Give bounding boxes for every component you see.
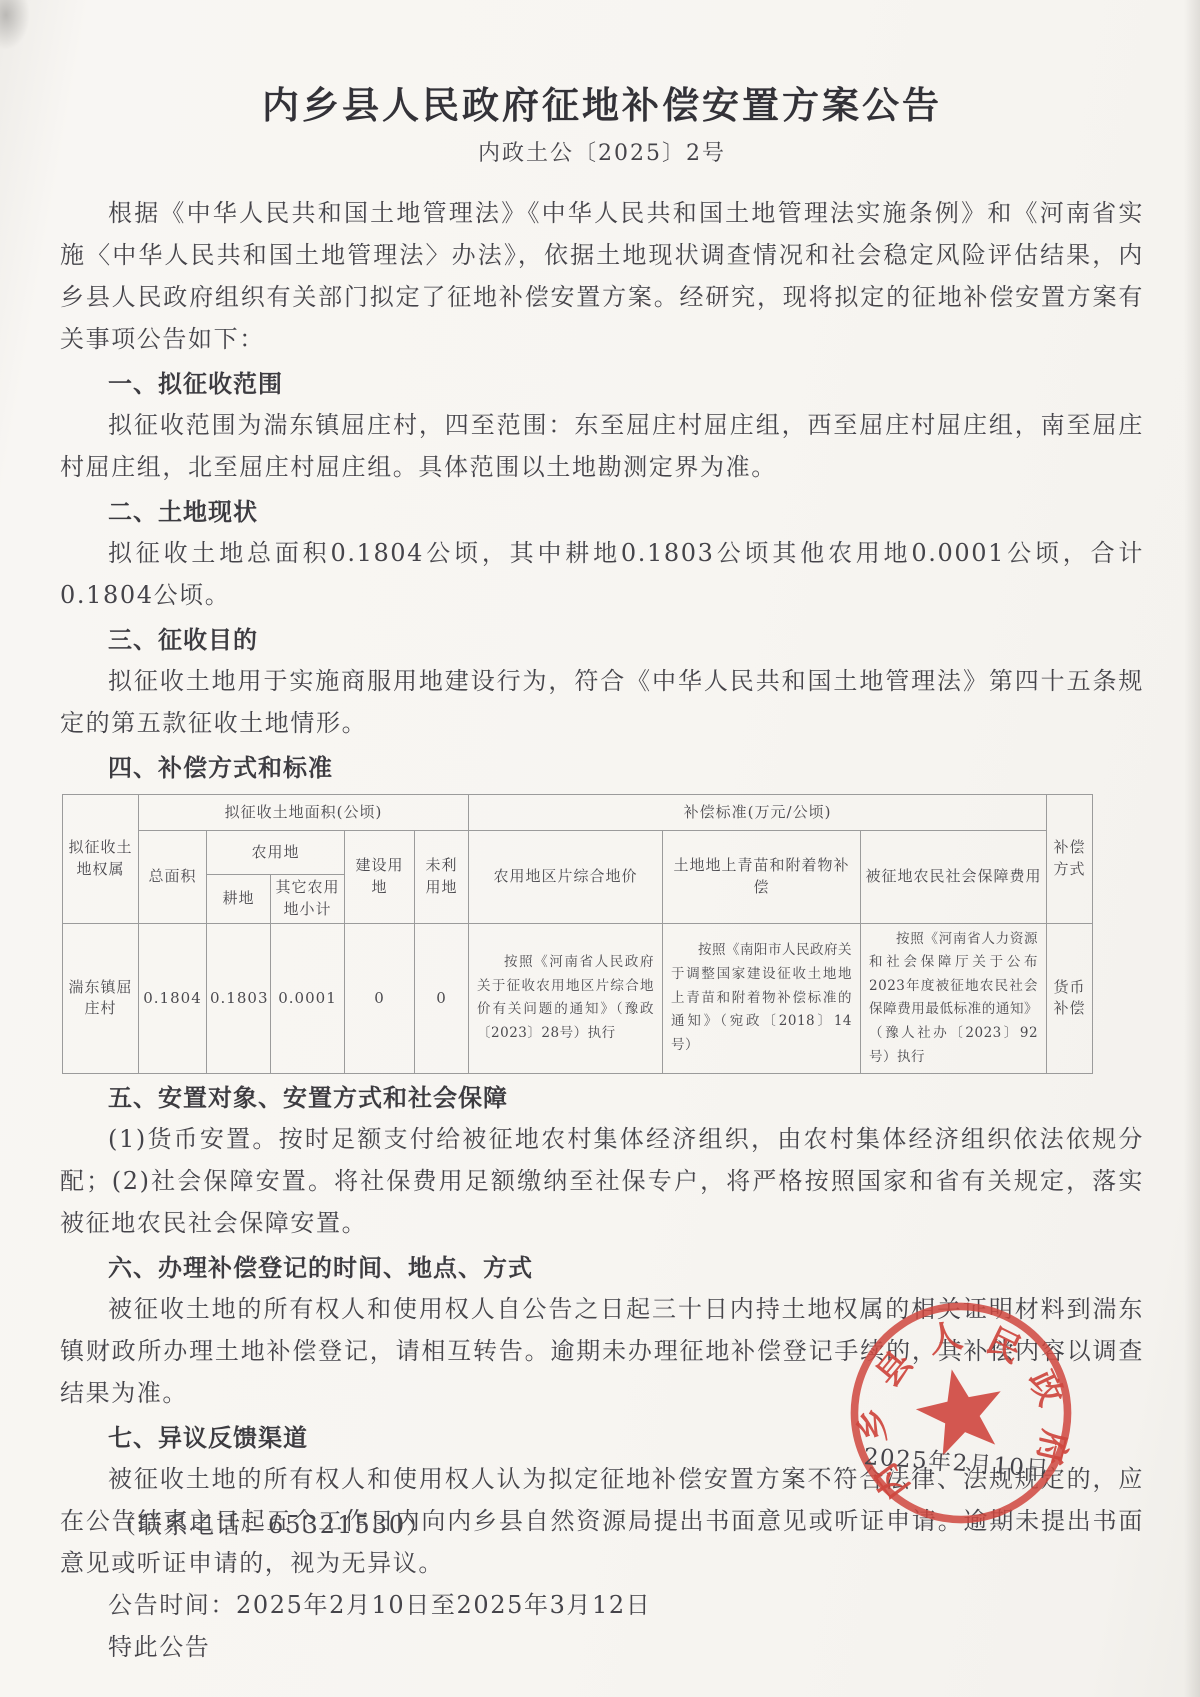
col-header-unused: 未利用地 (415, 831, 469, 924)
cell-price-standard: 按照《河南省人民政府关于征收农用地区片综合地价有关问题的通知》（豫政〔2023〕… (469, 923, 663, 1074)
col-header-method: 补偿方式 (1047, 795, 1093, 924)
section-6-body: 被征收土地的所有权人和使用权人自公告之日起三十日内持土地权属的相关证明材料到湍东… (60, 1288, 1144, 1414)
cell-cultivated: 0.1803 (207, 923, 271, 1074)
col-header-green: 土地地上青苗和附着物补偿 (663, 831, 861, 924)
page-title: 内乡县人民政府征地补偿安置方案公告 (60, 82, 1144, 128)
cell-construction: 0 (345, 923, 415, 1074)
cell-other-agri: 0.0001 (271, 923, 345, 1074)
section-6-heading: 六、办理补偿登记的时间、地点、方式 (60, 1252, 1144, 1284)
section-1-body: 拟征收范围为湍东镇屈庄村，四至范围：东至屈庄村屈庄组，西至屈庄村屈庄组，南至屈庄… (60, 404, 1144, 488)
compensation-table: 拟征收土地权属 拟征收土地面积(公顷) 补偿标准(万元/公顷) 补偿方式 总面积… (62, 794, 1093, 1074)
announcement-page: 内乡县人民政府征地补偿安置方案公告 内政土公〔2025〕2号 根据《中华人民共和… (0, 0, 1200, 1697)
section-5-body: (1)货币安置。按时足额支付给被征地农村集体经济组织，由农村集体经济组织依法依规… (60, 1118, 1144, 1244)
cell-owner: 湍东镇屈庄村 (63, 923, 139, 1074)
col-group-area: 拟征收土地面积(公顷) (139, 795, 469, 831)
intro-paragraph: 根据《中华人民共和国土地管理法》《中华人民共和国土地管理法实施条例》和《河南省实… (60, 192, 1144, 360)
section-2-heading: 二、土地现状 (60, 496, 1144, 528)
section-3-body: 拟征收土地用于实施商服用地建设行为，符合《中华人民共和国土地管理法》第四十五条规… (60, 660, 1144, 744)
col-group-standard: 补偿标准(万元/公顷) (469, 795, 1047, 831)
section-4-heading: 四、补偿方式和标准 (60, 752, 1144, 784)
section-3-heading: 三、征收目的 (60, 624, 1144, 656)
section-2-body: 拟征收土地总面积0.1804公顷，其中耕地0.1803公顷其他农用地0.0001… (60, 532, 1144, 616)
scan-corner-smudge (0, 0, 30, 50)
col-header-price: 农用地区片综合地价 (469, 831, 663, 924)
section-5-heading: 五、安置对象、安置方式和社会保障 (60, 1082, 1144, 1114)
col-header-cultivated: 耕地 (207, 875, 271, 924)
notice-period-line: 公告时间：2025年2月10日至2025年3月12日 (60, 1584, 1144, 1626)
table-row: 湍东镇屈庄村 0.1804 0.1803 0.0001 0 0 按照《河南省人民… (63, 923, 1093, 1074)
col-header-construction: 建设用地 (345, 831, 415, 924)
col-header-social: 被征地农民社会保障费用 (861, 831, 1047, 924)
cell-green-standard: 按照《南阳市人民政府关于调整国家建设征收土地地上青苗和附着物补偿标准的通知》（宛… (663, 923, 861, 1074)
document-number: 内政土公〔2025〕2号 (60, 140, 1144, 168)
contact-phone-line: （联系电话：65321530） (112, 1505, 432, 1540)
col-header-owner: 拟征收土地权属 (63, 795, 139, 924)
cell-social-standard: 按照《河南省人力资源和社会保障厅关于公布2023年度被征地农民社会保障费用最低标… (861, 923, 1047, 1074)
section-1-heading: 一、拟征收范围 (60, 368, 1144, 400)
col-group-agri: 农用地 (207, 831, 345, 875)
cell-unused: 0 (415, 923, 469, 1074)
col-header-other-agri: 其它农用地小计 (271, 875, 345, 924)
closing-line: 特此公告 (60, 1626, 1144, 1668)
cell-method: 货币补偿 (1047, 923, 1093, 1074)
cell-total: 0.1804 (139, 923, 207, 1074)
col-header-total: 总面积 (139, 831, 207, 924)
